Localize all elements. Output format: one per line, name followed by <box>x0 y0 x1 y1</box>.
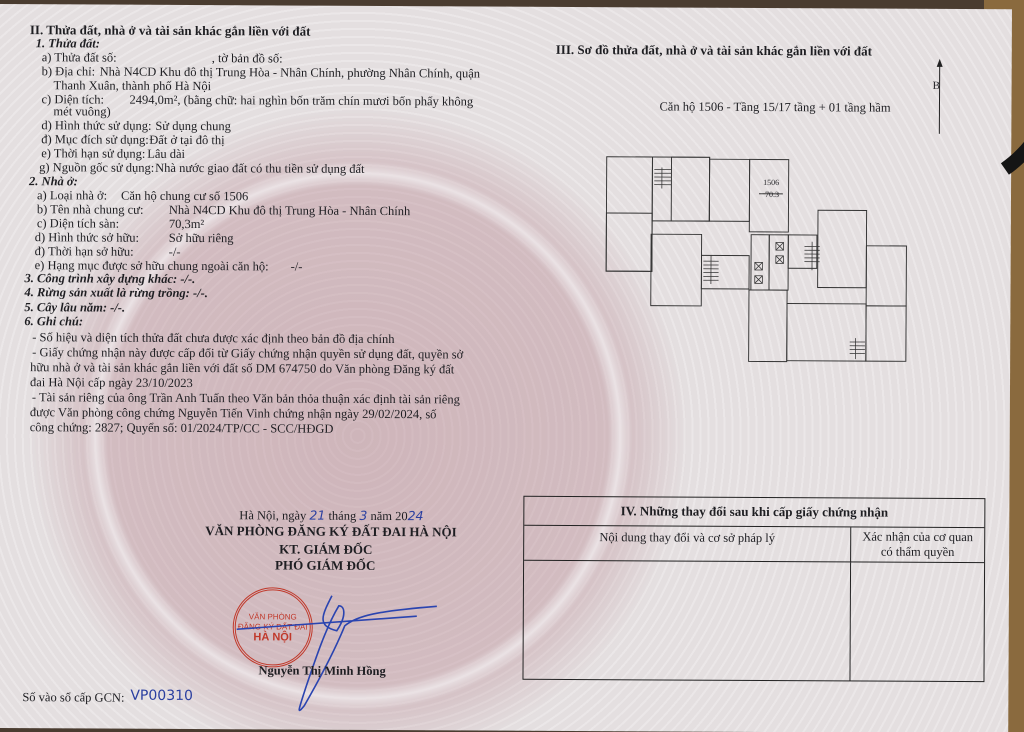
changes-table-body <box>523 561 984 681</box>
address-label: b) Địa chỉ: <box>42 64 96 79</box>
issuing-office: VĂN PHÒNG ĐĂNG KÝ ĐẤT ĐAI HÀ NỘI <box>205 523 457 539</box>
changes-table-title: IV. Những thay đổi sau khi cấp giấy chứn… <box>524 497 984 528</box>
year-label: năm 20 <box>370 509 407 523</box>
col-authority-line-2: có thẩm quyền <box>851 544 984 560</box>
issue-date: Hà Nội, ngày 21 tháng 3 năm 2024 <box>239 507 423 524</box>
ownership-form-value: Sở hữu riêng <box>169 231 234 246</box>
unit-number-label: 1506 <box>763 178 779 187</box>
col-authority-confirmation: Xác nhận của cơ quan có thẩm quyền <box>851 527 984 562</box>
stamp-line-1: VĂN PHÒNG <box>236 612 310 622</box>
change-content-cell <box>523 561 851 681</box>
registry-number: VP00310 <box>130 689 193 704</box>
issue-day: 21 <box>309 508 325 523</box>
ownership-term-value: -/- <box>169 245 181 260</box>
building-name-value: Nhà N4CD Khu đô thị Trung Hòa - Nhân Chí… <box>169 203 410 219</box>
col-change-content: Nội dung thay đổi và cơ sở pháp lý <box>524 526 851 562</box>
note-line-4: đai Hà Nội cấp ngày 23/10/2023 <box>30 375 193 391</box>
land-area-value: 2494,0m², (bằng chữ: hai nghìn bốn trăm … <box>129 93 473 110</box>
signer-title: PHÓ GIÁM ĐỐC <box>275 557 375 573</box>
common-items-value: -/- <box>291 260 303 275</box>
issue-month: 3 <box>359 508 367 523</box>
house-type-label: a) Loại nhà ở: <box>37 188 107 203</box>
authority-cell <box>850 562 984 681</box>
changes-table-header: Nội dung thay đổi và cơ sở pháp lý Xác n… <box>524 526 984 563</box>
official-red-stamp: VĂN PHÒNG ĐĂNG KÝ ĐẤT ĐAI HÀ NỘI <box>233 587 313 667</box>
house-heading: 2. Nhà ở: <box>29 174 78 189</box>
changes-table: IV. Những thay đổi sau khi cấp giấy chứn… <box>522 496 985 682</box>
floor-area-value: 70,3m² <box>169 217 204 232</box>
production-forest: 4. Rừng sản xuất là rừng trồng: -/-. <box>24 285 208 301</box>
unit-area-label: 70.3 <box>765 190 779 199</box>
note-line-7: công chứng: 2827; Quyển số: 01/2024/TP/C… <box>30 420 334 437</box>
col-authority-line-1: Xác nhận của cơ quan <box>851 529 984 545</box>
land-area-value-cont: mét vuông) <box>53 104 110 119</box>
notes-heading: 6. Ghi chú: <box>24 314 83 329</box>
usage-origin-value: Nhà nước giao đất có thu tiền sử dụng đấ… <box>155 161 364 177</box>
on-behalf-of: KT. GIÁM ĐỐC <box>279 541 372 556</box>
land-heading: 1. Thửa đất: <box>36 36 100 51</box>
issue-year: 24 <box>408 508 424 523</box>
stamp-city: HÀ NỘI <box>236 632 310 642</box>
signer-name: Nguyễn Thị Minh Hồng <box>258 663 385 679</box>
registry-label: Số vào sổ cấp GCN: <box>22 690 124 706</box>
date-prefix: Hà Nội, ngày <box>239 508 306 522</box>
usage-term-value: Lâu dài <box>147 147 185 162</box>
month-label: tháng <box>328 509 356 523</box>
